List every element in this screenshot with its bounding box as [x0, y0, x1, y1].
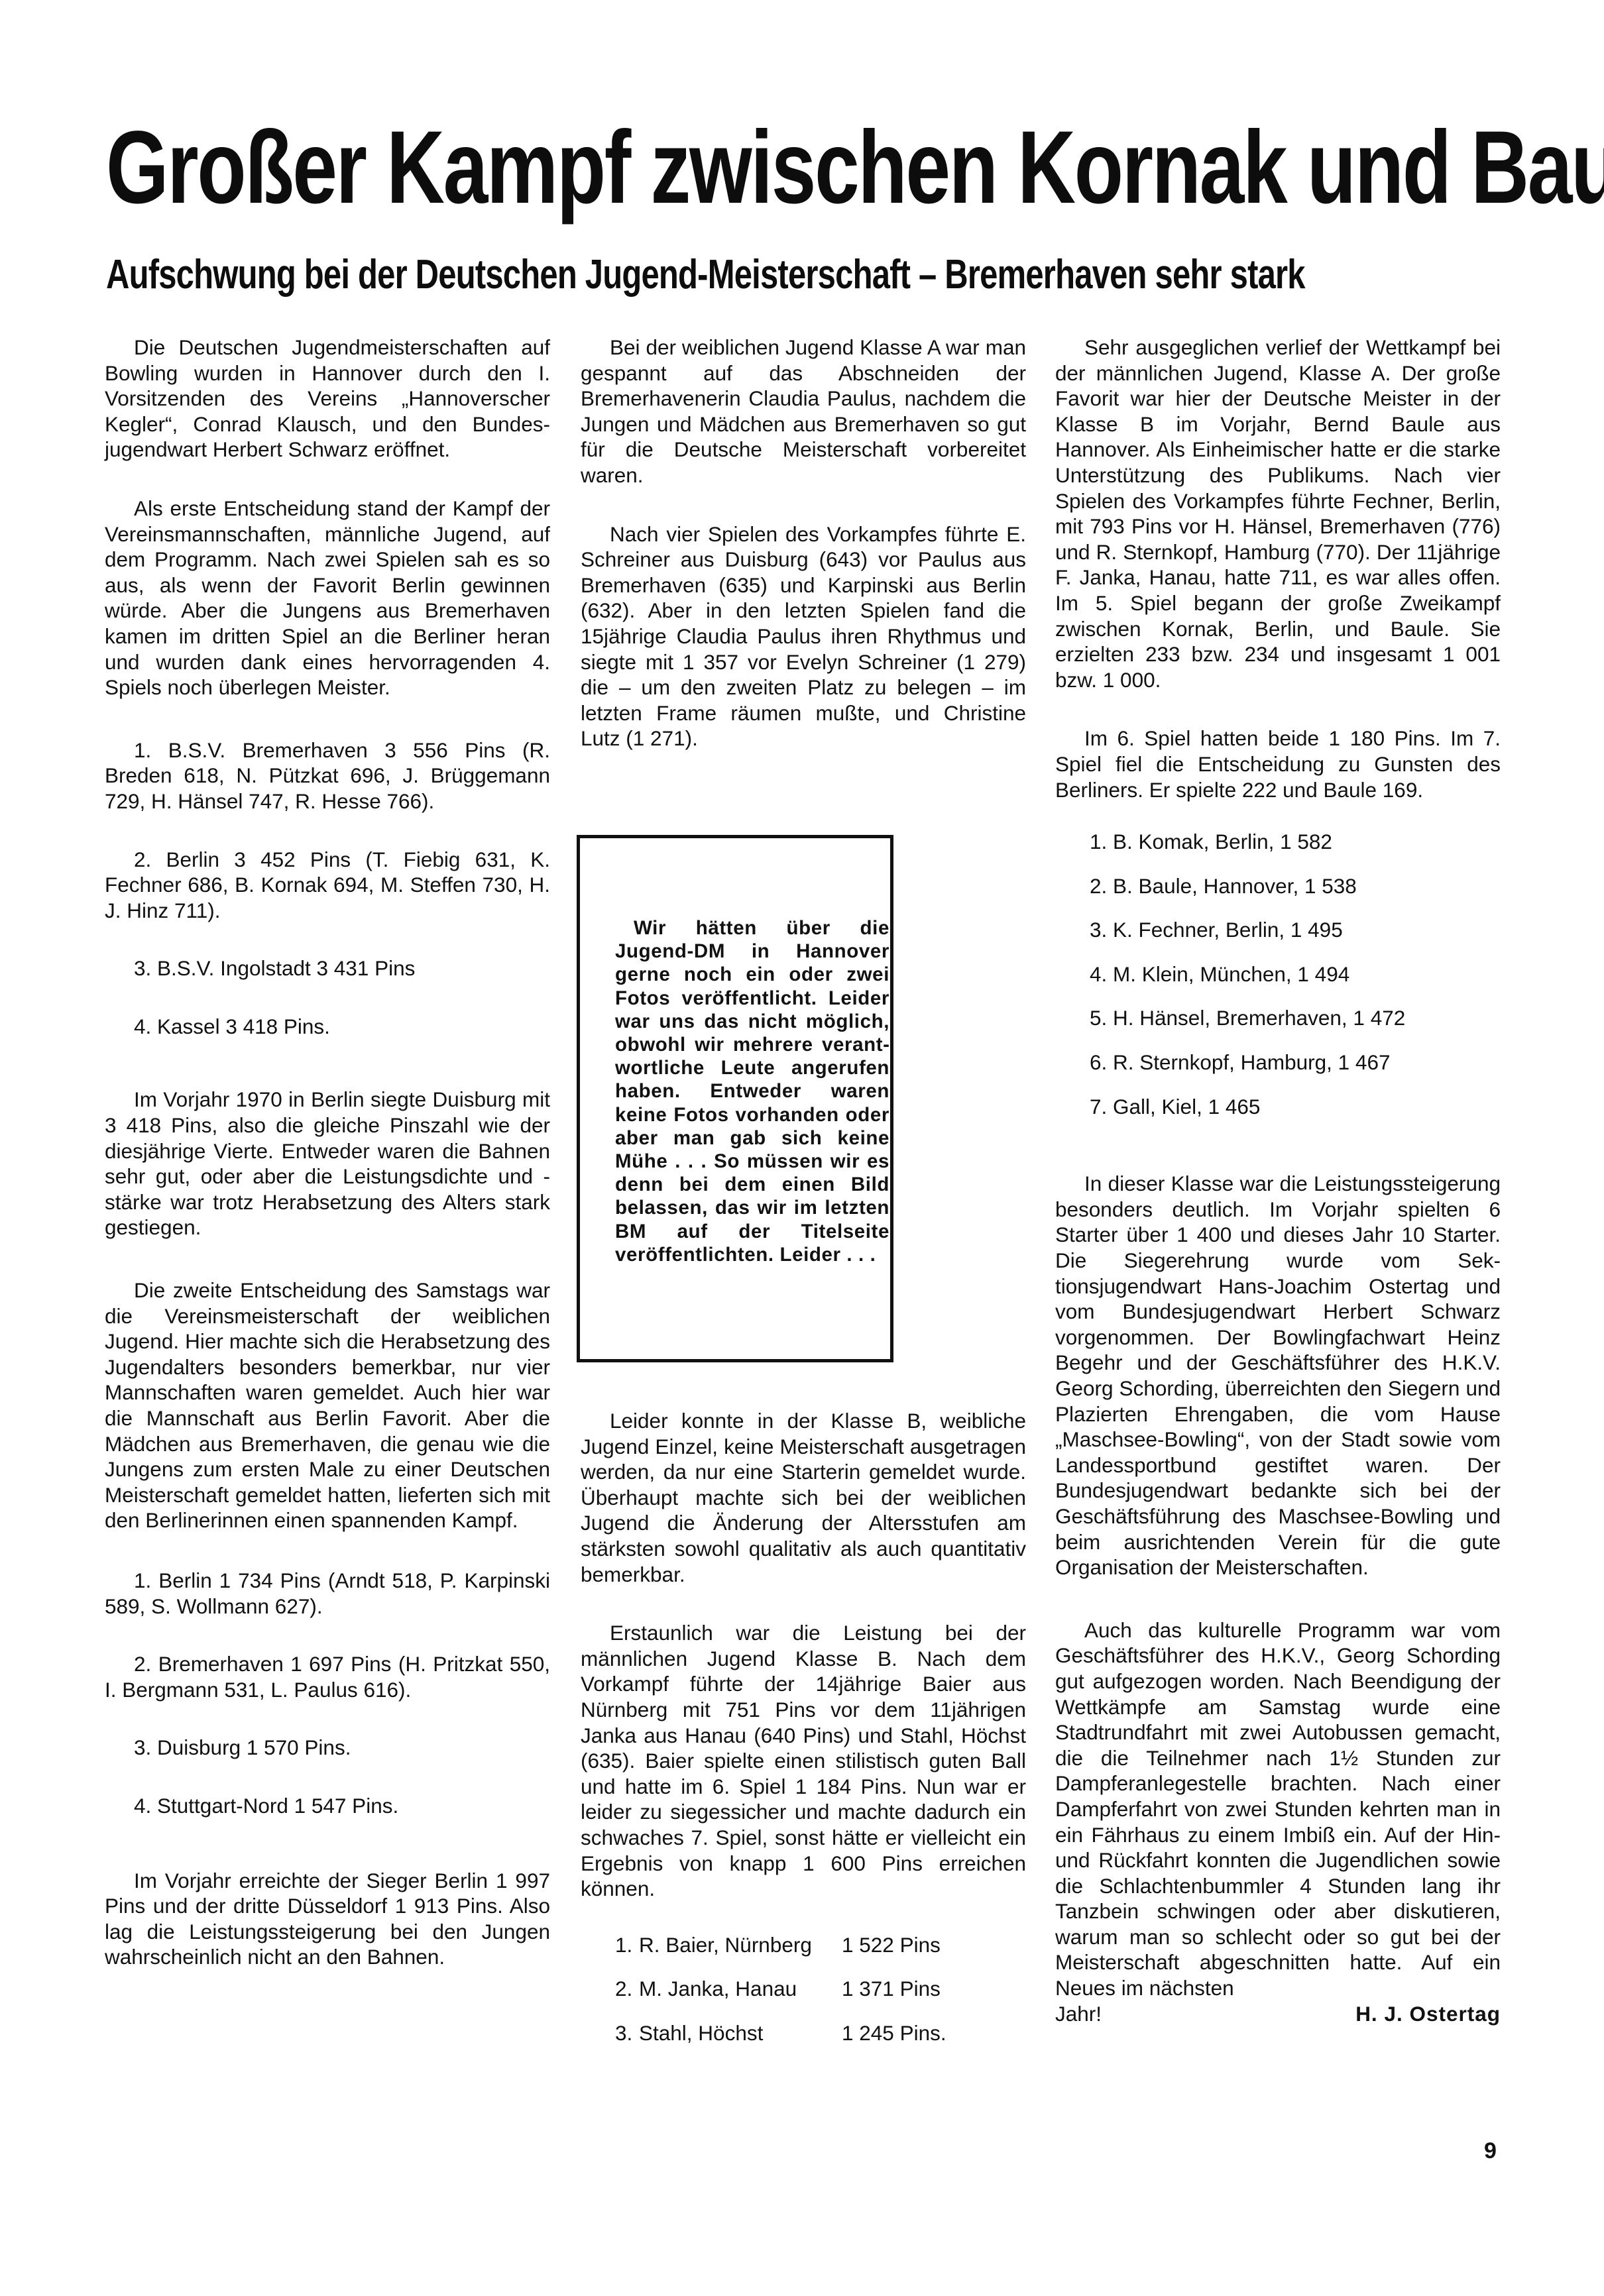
editorial-notice-box: Wir hätten über die Jugend-DM in Hannove…: [577, 835, 893, 1362]
signature-line: Jahr! H. J. Ostertag: [1055, 2001, 1501, 2027]
body-paragraph: Im 6. Spiel hatten beide 1 180 Pins. Im …: [1055, 726, 1501, 802]
column-middle-lower: Leider konnte in der Klasse B, weibliche…: [581, 1408, 1026, 2064]
result-item: 7. Gall, Kiel, 1 465: [1055, 1094, 1501, 1120]
results-list-female-teams: 1. Berlin 1 734 Pins (Arndt 518, P. Kar­…: [105, 1568, 550, 1819]
result-item: 3. K. Fechner, Berlin, 1 495: [1055, 917, 1501, 943]
result-item: 4. M. Klein, München, 1 494: [1055, 961, 1501, 987]
results-list-male-teams: 1. B.S.V. Bremerhaven 3 556 Pins (R. Bre…: [105, 738, 550, 1040]
body-paragraph: Nach vier Spielen des Vorkampfes führte …: [581, 521, 1026, 751]
pins: 1 371 Pins: [842, 1976, 941, 2002]
body-paragraph: Im Vorjahr erreichte der Sieger Berlin 1…: [105, 1868, 550, 1970]
column-left: Die Deutschen Jugendmeisterschaften auf …: [105, 335, 550, 2003]
result-item: 2. Berlin 3 452 Pins (T. Fiebig 631, K. …: [105, 847, 550, 924]
body-paragraph: Die zweite Entscheidung des Samstags war…: [105, 1278, 550, 1533]
column-middle: Bei der weiblichen Jugend Klasse A war m…: [581, 335, 1026, 785]
result-row: 2. M. Janka, Hanau 1 371 Pins: [581, 1976, 1026, 2002]
closing-word: Jahr!: [1055, 2001, 1102, 2027]
author-signature: H. J. Ostertag: [1355, 2001, 1501, 2027]
body-paragraph: Im Vorjahr 1970 in Berlin siegte Duisbur…: [105, 1087, 550, 1240]
result-item: 3. Duisburg 1 570 Pins.: [105, 1735, 550, 1761]
player-name: Stahl, Höchst: [639, 2020, 842, 2046]
page-number: 9: [1484, 2138, 1497, 2164]
results-list-male-a: 1. B. Komak, Berlin, 1 582 2. B. Baule, …: [1055, 829, 1501, 1119]
result-row: 1. R. Baier, Nürnberg 1 522 Pins: [581, 1932, 1026, 1958]
result-item: 1. Berlin 1 734 Pins (Arndt 518, P. Kar­…: [105, 1568, 550, 1619]
pins: 1 522 Pins: [842, 1932, 941, 1958]
result-item: 2. B. Baule, Hannover, 1 538: [1055, 873, 1501, 899]
body-paragraph: Leider konnte in der Klasse B, weibliche…: [581, 1408, 1026, 1587]
result-item: 1. B. Komak, Berlin, 1 582: [1055, 829, 1501, 855]
rank: 1.: [615, 1932, 639, 1958]
body-paragraph: Sehr ausgeglichen verlief der Wettkampf …: [1055, 335, 1501, 692]
result-item: 4. Stuttgart-Nord 1 547 Pins.: [105, 1793, 550, 1819]
player-name: M. Janka, Hanau: [639, 1976, 842, 2002]
result-item: 1. B.S.V. Bremerhaven 3 556 Pins (R. Bre…: [105, 738, 550, 814]
result-item: 3. B.S.V. Ingolstadt 3 431 Pins: [105, 956, 550, 981]
result-item: 4. Kassel 3 418 Pins.: [105, 1014, 550, 1040]
editorial-notice-text: Wir hätten über die Jugend-DM in Hannove…: [615, 916, 889, 1266]
result-item: 6. R. Sternkopf, Hamburg, 1 467: [1055, 1050, 1501, 1075]
body-paragraph: Erstaunlich war die Leistung bei der män…: [581, 1620, 1026, 1902]
body-paragraph: Auch das kulturelle Programm war vom Ges…: [1055, 1617, 1501, 2001]
pins: 1 245 Pins.: [842, 2020, 946, 2046]
body-paragraph: Als erste Entscheidung stand der Kampf d…: [105, 496, 550, 700]
article-headline: Großer Kampf zwischen Kornak und Baule: [106, 118, 1197, 217]
results-table-male-b: 1. R. Baier, Nürnberg 1 522 Pins 2. M. J…: [581, 1932, 1026, 2046]
column-right: Sehr ausgeglichen verlief der Wettkampf …: [1055, 335, 1501, 2026]
result-item: 5. H. Hänsel, Bremerhaven, 1 472: [1055, 1005, 1501, 1031]
body-paragraph: In dieser Klasse war die Leistungssteige…: [1055, 1171, 1501, 1580]
result-row: 3. Stahl, Höchst 1 245 Pins.: [581, 2020, 1026, 2046]
intro-paragraph: Die Deutschen Jugendmeisterschaften auf …: [105, 335, 550, 463]
rank: 3.: [615, 2020, 639, 2046]
result-item: 2. Bremerhaven 1 697 Pins (H. Pritzkat 5…: [105, 1651, 550, 1702]
body-paragraph: Bei der weiblichen Jugend Klasse A war m…: [581, 335, 1026, 488]
rank: 2.: [615, 1976, 639, 2002]
article-subheadline: Aufschwung bei der Deutschen Jugend-Meis…: [106, 252, 1211, 298]
player-name: R. Baier, Nürnberg: [639, 1932, 842, 1958]
